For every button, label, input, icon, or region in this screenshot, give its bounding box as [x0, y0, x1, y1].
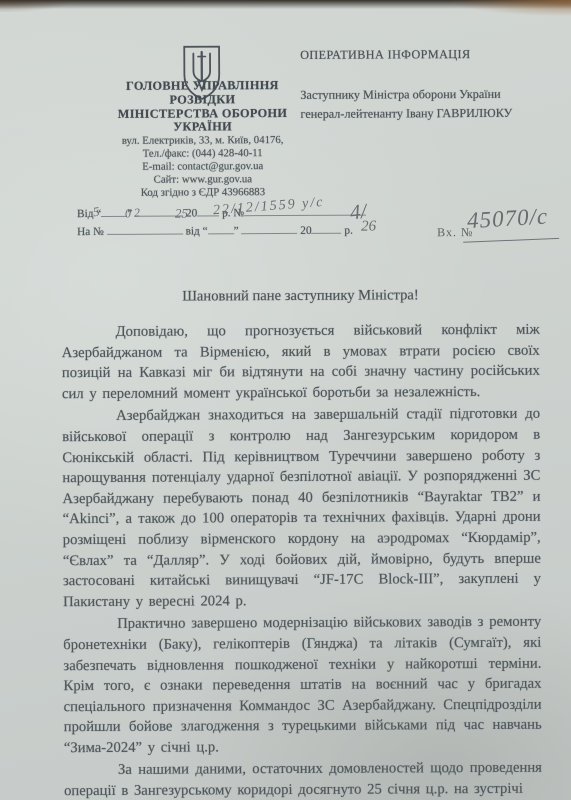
document-type-heading: ОПЕРАТИВНА ІНФОРМАЦІЯ [300, 47, 560, 63]
paragraph: Азербайджан знаходиться на завершальній … [62, 404, 541, 612]
blank-day [101, 206, 127, 217]
paragraph: Доповідаю, що прогнозується військовий к… [62, 320, 540, 405]
blank-day [208, 223, 234, 234]
handwritten-month: 02 [124, 205, 143, 221]
paragraph: За нашими даними, остаточних домовленост… [64, 758, 542, 800]
paragraph: Практично завершено модернізацію військо… [63, 612, 542, 759]
scanned-document-page: ГОЛОВНЕ УПРАВЛІННЯ РОЗВІДКИ МІНІСТЕРСТВА… [0, 0, 571, 800]
handwritten-day: 5 [92, 204, 101, 221]
document-body: Доповідаю, що прогнозується військовий к… [62, 320, 543, 800]
recipient-block: Заступнику Міністра оборони України гене… [300, 85, 562, 123]
recipient-name-line: генерал-лейтенанту Івану ГАВРИЛЮКУ [300, 103, 562, 123]
handwritten-year: 25 [175, 206, 188, 222]
blank-month [241, 222, 297, 233]
handwritten-underline [463, 238, 559, 243]
blank-year [312, 222, 342, 233]
blank-incoming-number [107, 223, 183, 234]
salutation: Шановний пане заступнику Міністра! [61, 287, 539, 307]
handwritten-incoming-number: 45070/с [466, 204, 548, 235]
recipient-title-line: Заступнику Міністра оборони України [300, 85, 562, 105]
handwritten-fraction-bottom: 26 [361, 219, 376, 236]
